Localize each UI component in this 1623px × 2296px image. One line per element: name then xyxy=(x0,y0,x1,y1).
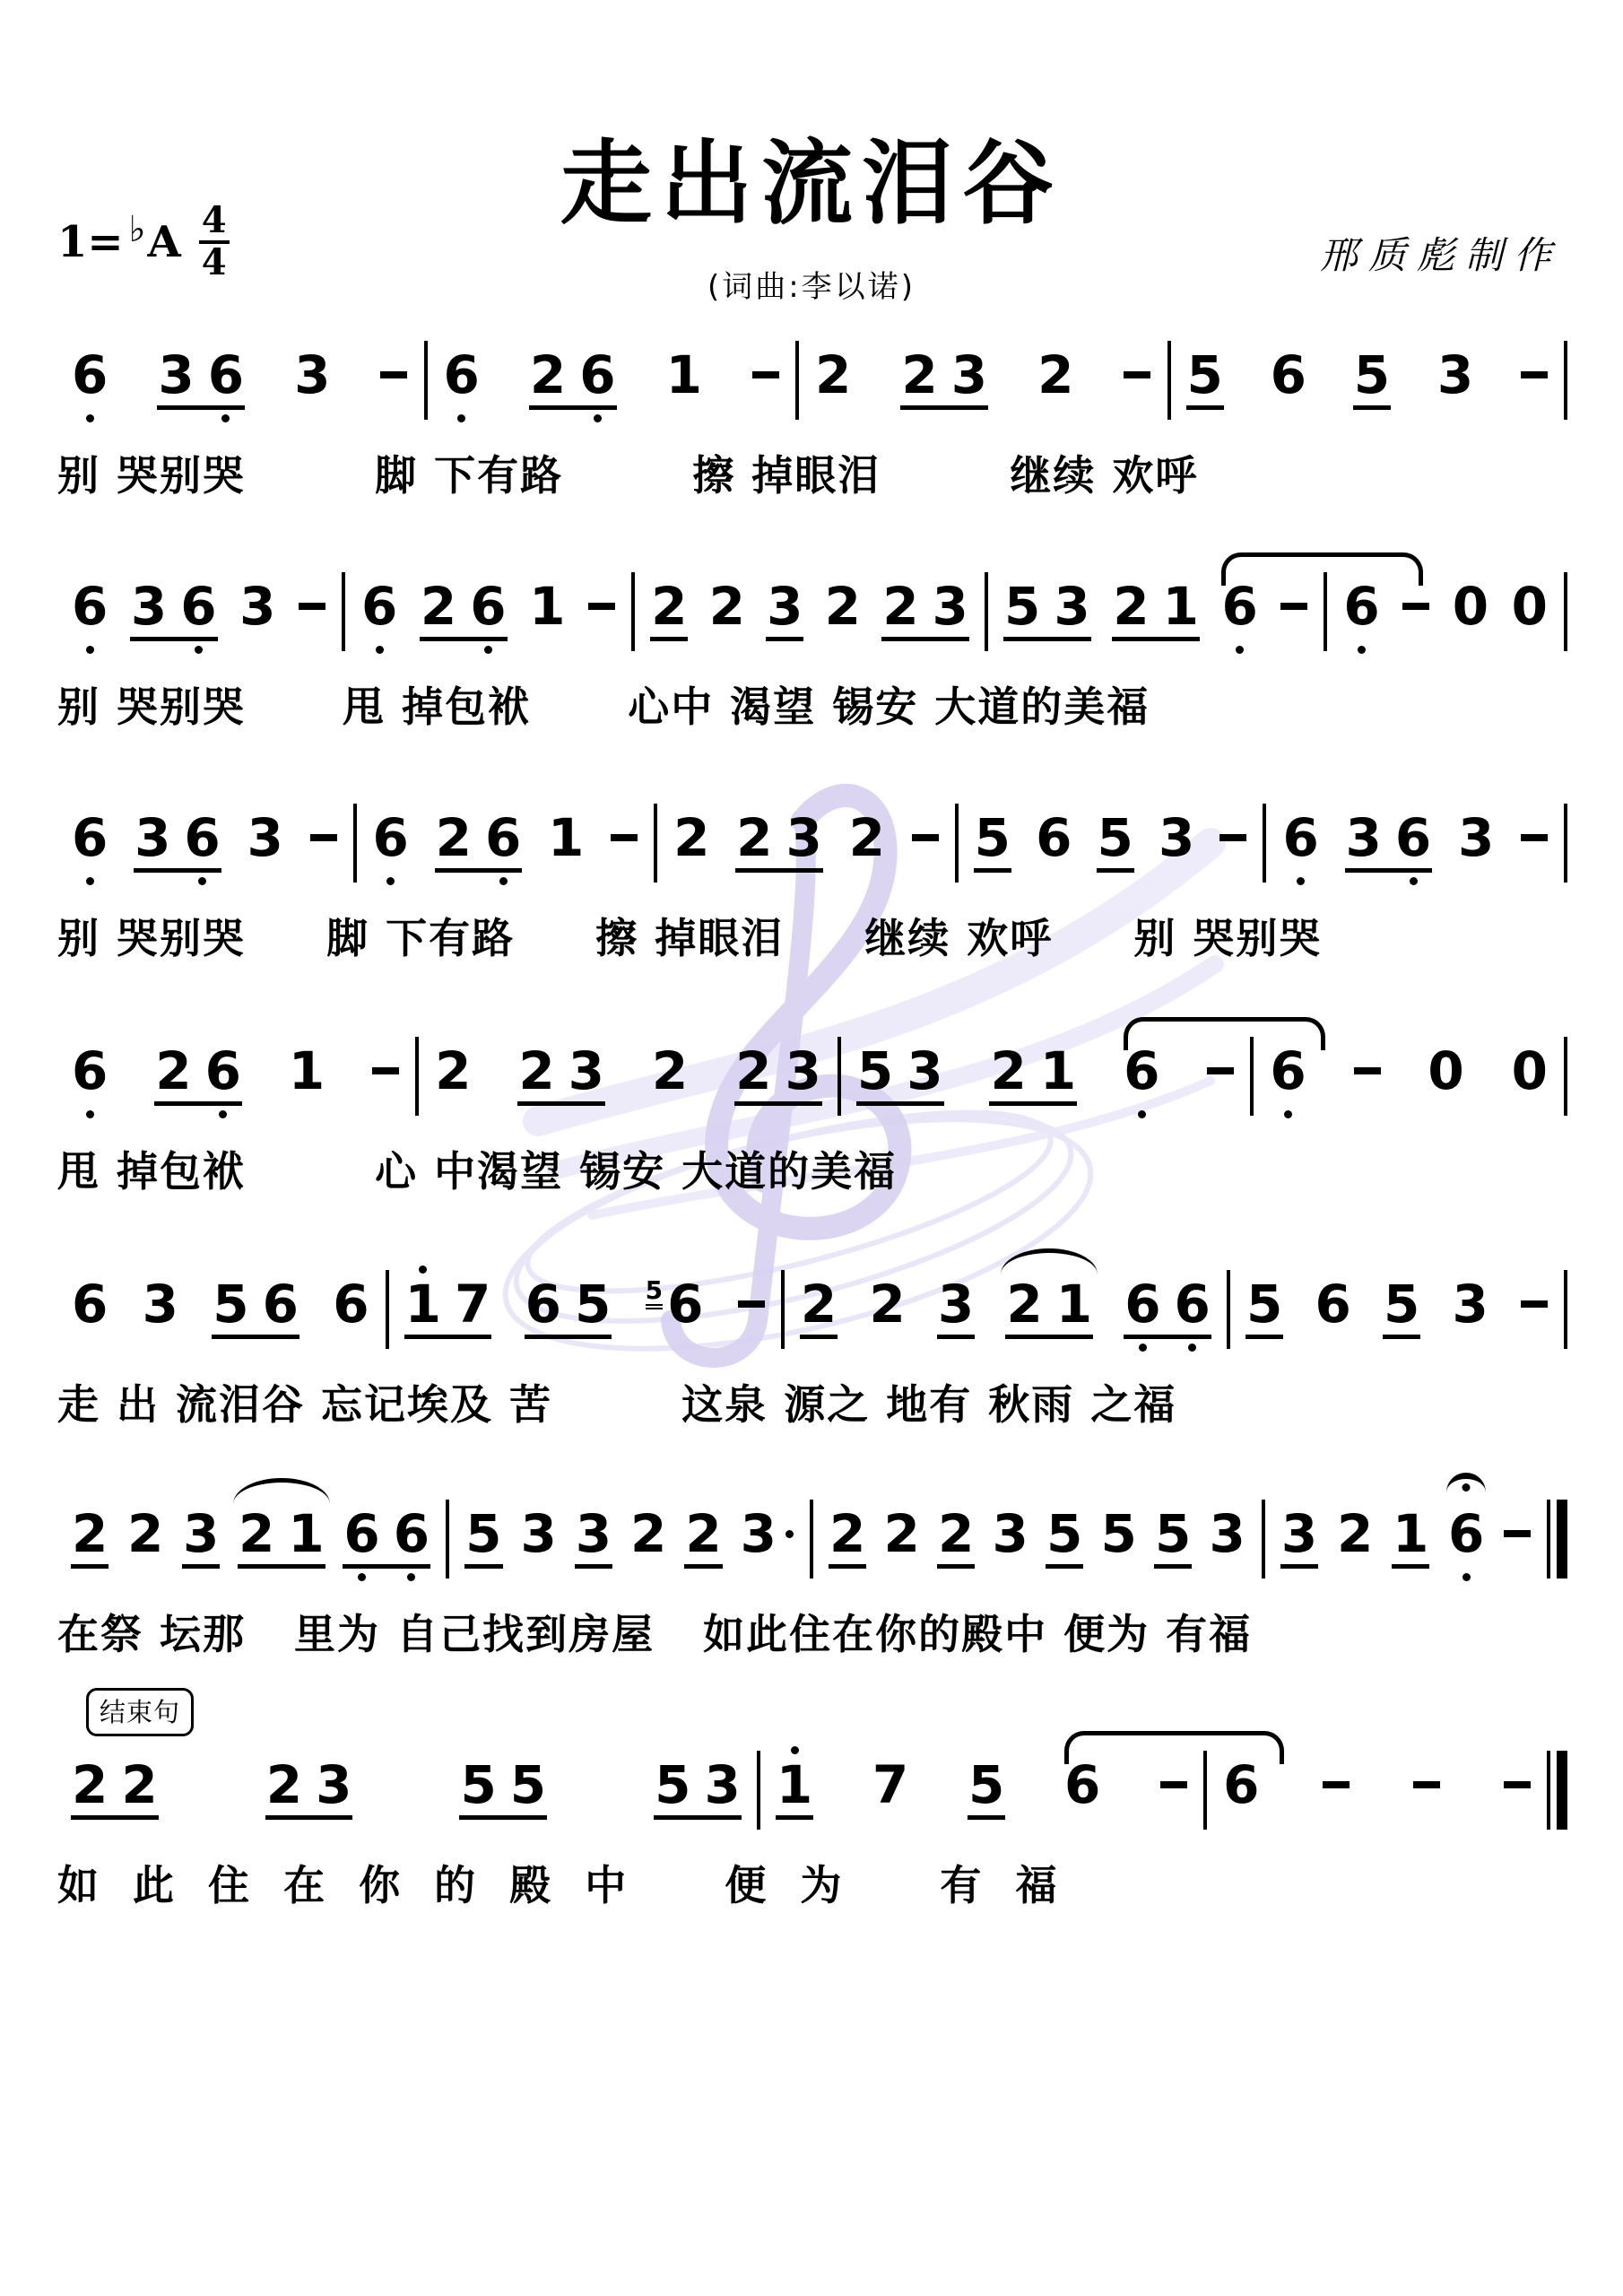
note-group: 26 xyxy=(419,565,508,657)
duration-dash xyxy=(1280,603,1307,610)
note-digit: 5 xyxy=(465,1503,501,1564)
note-group: 2 xyxy=(828,1492,867,1584)
note-digit-row: 2 xyxy=(849,810,885,865)
note xyxy=(380,334,407,425)
note-group: 3 xyxy=(141,1263,180,1354)
note-digit: 3 xyxy=(1210,1503,1245,1564)
note-digit: 3 xyxy=(785,1040,821,1101)
note-digit-row: 3 xyxy=(951,347,987,403)
note-group: 3 xyxy=(991,1492,1030,1584)
note-group: 3 xyxy=(765,565,804,657)
note: 3 xyxy=(135,796,170,888)
note: 5 xyxy=(1187,334,1223,425)
note-digit: 3 xyxy=(294,344,330,405)
note-digit-row: 3 xyxy=(520,1506,556,1561)
note-group: 3 xyxy=(1436,334,1475,425)
note-group: 5 xyxy=(1245,1263,1284,1354)
score-line: 6363626122325653别 哭别哭 脚 下有路 擦 掉眼泪 继续 欢呼 xyxy=(56,334,1567,425)
note-digit: 2 xyxy=(709,576,745,637)
measure: 6261 xyxy=(428,334,796,425)
note-digit: 5 xyxy=(655,1754,690,1815)
note-group: 1 xyxy=(527,565,567,657)
note xyxy=(588,565,615,657)
lyrics-line: 别 哭别哭 脚 下有路 擦 掉眼泪 继续 欢呼 别 哭别哭 xyxy=(57,906,1322,965)
note-digit-row xyxy=(1323,1757,1350,1813)
measure: 2232166 xyxy=(56,1492,446,1584)
octave-dot xyxy=(407,1573,415,1581)
note-digit-row: 6 xyxy=(1221,578,1257,634)
note: 3 xyxy=(247,796,282,888)
note-digit: 5 xyxy=(1155,1503,1191,1564)
note: 3 xyxy=(316,1744,352,1835)
note-digit-row: 2 xyxy=(1006,1276,1042,1332)
note-group: 2 xyxy=(799,1263,838,1354)
note-digit-row: 5 xyxy=(465,1506,501,1561)
note: 3 xyxy=(239,565,275,657)
measure: 5653 xyxy=(1230,1263,1564,1354)
note-digit-row: 2 xyxy=(901,347,937,403)
duration-dash xyxy=(1124,371,1150,378)
note-digit-row: 2 xyxy=(436,810,472,865)
note-digit: 6 xyxy=(470,576,506,637)
measure: 53216 xyxy=(988,565,1324,657)
note-digit: 6 xyxy=(444,344,480,405)
note-digit-row xyxy=(912,810,939,865)
note-group: 2 xyxy=(433,1030,473,1121)
note-digit: 2 xyxy=(121,1754,157,1815)
note-digit-row: 2 xyxy=(72,1506,108,1561)
low-octave-slot xyxy=(1462,1570,1471,1584)
note-digit-row: 0 xyxy=(1453,578,1488,634)
note-digit-row: 2 xyxy=(869,1276,905,1332)
note: 2 xyxy=(72,1492,108,1584)
note-group: 26 xyxy=(528,334,618,425)
note-group xyxy=(1502,1744,1532,1835)
low-octave-slot xyxy=(1297,874,1305,888)
duration-dash xyxy=(912,834,939,841)
note-digit: 6 xyxy=(72,576,108,637)
note-digit-row: 2 xyxy=(121,1757,157,1813)
note: 2 xyxy=(239,1492,274,1584)
note-digit-row: 3 xyxy=(786,810,822,865)
note-digit: 1 xyxy=(288,1503,324,1564)
note-group: 1 xyxy=(1391,1492,1430,1584)
measure: 1756 xyxy=(760,1744,1203,1835)
note-digit-row: 6 xyxy=(394,1506,430,1561)
note-digit: 3 xyxy=(993,1503,1028,1564)
note-digit: 2 xyxy=(801,1274,837,1335)
note: 3 xyxy=(1054,565,1089,657)
note-group: 1 xyxy=(546,796,586,888)
octave-dot xyxy=(1410,877,1418,885)
note: 3 xyxy=(1346,796,1382,888)
note-digit: 5 xyxy=(575,1274,611,1335)
note-digit-row: 2 xyxy=(421,578,456,634)
note-group: 0 xyxy=(1510,1030,1549,1121)
note-digit-row: 6 xyxy=(1124,1276,1160,1332)
note-group: 6 xyxy=(1034,796,1073,888)
note: 5 xyxy=(1354,334,1390,425)
score-line: 2223555317566如 此 住 在 你 的 殿 中 便 为 有 福 xyxy=(56,1744,1567,1835)
note-digit: 2 xyxy=(869,1274,905,1335)
note: 7 xyxy=(872,1744,908,1835)
octave-dot xyxy=(1462,1573,1471,1581)
note: 2 xyxy=(801,1263,837,1354)
note-digit: 5 xyxy=(975,807,1011,868)
note-digit-row: 6 xyxy=(1271,347,1306,403)
note xyxy=(1219,796,1246,888)
note-digit: 5 xyxy=(213,1274,248,1335)
low-octave-slot xyxy=(195,643,203,657)
note-digit-row: 6 xyxy=(1343,578,1379,634)
augmentation-dot xyxy=(785,1530,794,1538)
note-digit: 6 xyxy=(667,1274,703,1335)
bar-line xyxy=(1564,1270,1567,1349)
note: 3 xyxy=(767,565,803,657)
note-group: 0 xyxy=(1426,1030,1465,1121)
note-digit-row: 6 xyxy=(1315,1276,1350,1332)
octave-dot xyxy=(195,646,203,654)
octave-dot xyxy=(219,1110,227,1118)
note-digit-row: 1 xyxy=(1393,1506,1428,1561)
note: 2 xyxy=(735,1030,771,1121)
note-digit: 3 xyxy=(568,1040,604,1101)
note: 2 xyxy=(882,565,918,657)
note: 6 xyxy=(208,334,244,425)
note-digit: 1 xyxy=(529,576,565,637)
note: 2 xyxy=(1006,1263,1042,1354)
note-group: 5 xyxy=(1382,1263,1421,1354)
note-digit-row xyxy=(1219,810,1246,865)
note: 2 xyxy=(421,565,456,657)
measure: 22235553 xyxy=(813,1492,1262,1584)
note-digit: 6 xyxy=(1448,1503,1484,1564)
note-digit: 2 xyxy=(421,576,456,637)
note-digit-row xyxy=(1160,1757,1187,1813)
note-group: 21 xyxy=(1111,565,1201,657)
note-digit: 3 xyxy=(183,1503,219,1564)
note: 2 xyxy=(990,1030,1026,1121)
duration-dash xyxy=(1219,834,1246,841)
note-digit-row: 6 xyxy=(180,578,216,634)
low-octave-slot xyxy=(457,412,465,425)
note: 3 xyxy=(993,1492,1028,1584)
note-group: 3 xyxy=(936,1263,976,1354)
note-group: 53 xyxy=(1002,565,1092,657)
duration-dash xyxy=(380,371,407,378)
note-group: 3 xyxy=(574,1492,613,1584)
low-octave-slot xyxy=(499,874,508,888)
note-digit-row: 2 xyxy=(652,1043,688,1099)
note-group xyxy=(1502,1492,1532,1584)
note-group: 6 xyxy=(1269,334,1308,425)
note-group: 3 xyxy=(518,1492,558,1584)
note: 6 xyxy=(180,565,216,657)
note: 3 xyxy=(1210,1492,1245,1584)
note-digit: 5 xyxy=(510,1754,546,1815)
note-digit-row: 3 xyxy=(1452,1276,1488,1332)
note: 6 xyxy=(1175,1263,1211,1354)
note-group: 2 xyxy=(70,1492,109,1584)
note-group: 3 xyxy=(1208,1492,1247,1584)
note-digit-row: 2 xyxy=(1037,347,1073,403)
note: 3 xyxy=(158,334,194,425)
note-digit-row xyxy=(1124,347,1150,403)
key-prefix: 1= xyxy=(57,217,124,267)
note-digit-row xyxy=(611,810,638,865)
note-digit-row: 6 xyxy=(263,1276,299,1332)
octave-dot xyxy=(499,877,508,885)
note: 6 xyxy=(72,1263,108,1354)
duration-dash xyxy=(1402,603,1429,610)
notes-row: 63636261223256536363 xyxy=(56,796,1567,888)
note: 3 xyxy=(520,1492,556,1584)
octave-dot xyxy=(198,877,206,885)
note-group: 3 xyxy=(739,1492,795,1584)
note-digit-row: 6 xyxy=(1124,1043,1159,1099)
note-digit: 3 xyxy=(741,1503,777,1564)
note-digit-row xyxy=(1402,578,1429,634)
note: 2 xyxy=(1337,1492,1373,1584)
note-digit-row: 3 xyxy=(1210,1506,1245,1561)
note-digit-row: 7 xyxy=(872,1757,908,1813)
note: 5 xyxy=(1384,1263,1419,1354)
note-digit-row: 2 xyxy=(127,1506,163,1561)
note: 2 xyxy=(72,1744,108,1835)
note: 6 xyxy=(470,565,506,657)
notes-row: 6356617655622321665653 xyxy=(56,1263,1567,1354)
notes-row: 2223555317566 xyxy=(56,1744,1567,1835)
note: 5 xyxy=(857,1030,893,1121)
note: 2 xyxy=(825,565,861,657)
measure: 22235553 xyxy=(56,1744,757,1835)
note: 2 xyxy=(709,565,745,657)
note-digit-row: 2 xyxy=(685,1506,721,1561)
note-digit: 3 xyxy=(1054,576,1089,637)
note-digit-row: 1 xyxy=(777,1757,812,1813)
octave-dot xyxy=(594,414,602,422)
note-digit: 2 xyxy=(630,1503,666,1564)
note-group xyxy=(1519,334,1549,425)
lyrics-line: 别 哭别哭 脚 下有路 擦 掉眼泪 继续 欢呼 xyxy=(57,443,1198,502)
note-digit: 6 xyxy=(208,344,244,405)
low-octave-slot xyxy=(86,874,94,888)
note-digit: 2 xyxy=(435,1040,471,1101)
note-digit: 2 xyxy=(72,1754,108,1815)
note-digit-row: 6 xyxy=(343,1506,379,1561)
note-digit: 3 xyxy=(786,807,822,868)
note: 2 xyxy=(869,1263,905,1354)
note: 6 xyxy=(1448,1492,1484,1584)
note-digit: 2 xyxy=(882,576,918,637)
measure: 6363 xyxy=(1266,796,1564,888)
note-digit: 1 xyxy=(1163,576,1199,637)
note-digit-row: 2 xyxy=(709,578,745,634)
note-digit: 5 xyxy=(1101,1503,1137,1564)
note: 2 xyxy=(829,1492,865,1584)
duration-dash xyxy=(1160,1781,1187,1788)
note-group: 36 xyxy=(129,565,219,657)
note-digit-row: 2 xyxy=(530,347,566,403)
low-octave-slot xyxy=(86,412,94,425)
note-digit-row: 5 xyxy=(1098,810,1133,865)
low-octave-slot xyxy=(221,412,230,425)
measure: 533223 xyxy=(449,1492,810,1584)
note: 3 xyxy=(1159,796,1194,888)
note-group: 23 xyxy=(733,1030,823,1121)
note-digit: 3 xyxy=(158,344,194,405)
note-group: 53 xyxy=(855,1030,945,1121)
note-digit: 3 xyxy=(135,807,170,868)
tie-arc xyxy=(1064,1731,1284,1764)
note-digit: 3 xyxy=(705,1754,741,1815)
note-group: 36 xyxy=(1344,796,1434,888)
note-digit: 2 xyxy=(685,1503,721,1564)
note-digit-row: 3 xyxy=(239,578,275,634)
note: 1 xyxy=(1393,1492,1428,1584)
note-group: 2 xyxy=(126,1492,165,1584)
note: 2 xyxy=(121,1744,157,1835)
note-digit: 5 xyxy=(1046,1503,1082,1564)
note-digit-row: 1 xyxy=(1056,1276,1092,1332)
note: 56 xyxy=(646,1263,704,1354)
note-group: 1 xyxy=(287,1030,326,1121)
note: 6 xyxy=(205,1030,241,1121)
score-line: 626122322353216600甩 掉包袱 心 中渴望 锡安 大道的美福 xyxy=(56,1030,1567,1121)
note-group: 3 xyxy=(1280,1492,1319,1584)
note-digit: 7 xyxy=(455,1274,490,1335)
measure: 176556 xyxy=(389,1263,781,1354)
notes-row: 2232166533223222355533216 xyxy=(56,1492,1567,1584)
note: 3 xyxy=(705,1744,741,1835)
note-digit-row xyxy=(1504,1506,1531,1561)
note-group: 5 xyxy=(1185,334,1225,425)
note-digit-row: 1 xyxy=(405,1276,441,1332)
note: 2 xyxy=(266,1744,302,1835)
note: 5 xyxy=(1046,1492,1082,1584)
note-group: 2 xyxy=(847,796,887,888)
note-group: 5 xyxy=(1153,1492,1193,1584)
note-digit-row: 3 xyxy=(316,1757,352,1813)
note: 7 xyxy=(455,1263,490,1354)
grace-note: 5 xyxy=(646,1278,663,1309)
note-digit: 5 xyxy=(1098,807,1133,868)
note-digit-row: 6 xyxy=(1395,810,1431,865)
octave-dot xyxy=(221,414,230,422)
note-digit: 5 xyxy=(1187,344,1223,405)
note-digit: 6 xyxy=(1282,807,1318,868)
note-group: 3 xyxy=(245,796,284,888)
note-digit: 5 xyxy=(1246,1274,1282,1335)
note-digit: 6 xyxy=(1124,1274,1160,1335)
note-digit-row: 3 xyxy=(993,1506,1028,1561)
octave-dot xyxy=(86,877,94,885)
measure: 6363 xyxy=(56,334,424,425)
note: 6 xyxy=(1064,1744,1100,1835)
note: 2 xyxy=(1037,334,1073,425)
note-group xyxy=(370,1030,401,1121)
octave-dot xyxy=(1139,1344,1147,1352)
note-digit: 6 xyxy=(333,1274,369,1335)
note-digit-row: 2 xyxy=(735,1043,771,1099)
time-signature-top: 4 xyxy=(199,203,230,244)
measure: 223223 xyxy=(419,1030,838,1121)
note: 2 xyxy=(630,1492,666,1584)
duration-dash xyxy=(310,834,337,841)
note-group xyxy=(297,565,327,657)
note-digit-row: 2 xyxy=(435,1043,471,1099)
note-digit-row: 2 xyxy=(651,578,687,634)
note-digit-row: 6 xyxy=(184,810,220,865)
note: 3 xyxy=(785,1030,821,1121)
note: 6 xyxy=(72,334,108,425)
note: 2 xyxy=(518,1030,554,1121)
note-digit: 2 xyxy=(673,807,709,868)
note-group: 66 xyxy=(342,1492,431,1584)
note-digit-row: 3 xyxy=(1346,810,1382,865)
note-digit-row: 2 xyxy=(825,578,861,634)
note-digit: 2 xyxy=(436,807,472,868)
note-group: 6 xyxy=(371,796,411,888)
note: 3 xyxy=(183,1492,219,1584)
bar-line xyxy=(1564,804,1567,883)
note: 6 xyxy=(184,796,220,888)
note: 6 xyxy=(361,565,397,657)
note-digit-row: 2 xyxy=(673,810,709,865)
note-group xyxy=(609,796,639,888)
note-group: 23 xyxy=(516,1030,606,1121)
measure: 6261 xyxy=(345,565,631,657)
note-digit: 6 xyxy=(1271,344,1306,405)
note-digit: 2 xyxy=(127,1503,163,1564)
note-digit-row: 6 xyxy=(1448,1506,1484,1561)
note-digit-row: 2 xyxy=(1337,1506,1373,1561)
note-digit-row: 6 xyxy=(1282,810,1318,865)
sheet-music-page: 走出流泪谷 1=♭A 4 4 (词曲:李以诺) 邢质彪制作 结束句 636362… xyxy=(0,0,1623,2296)
note: 1 xyxy=(1056,1263,1092,1354)
duration-dash xyxy=(1521,834,1548,841)
note: 6 xyxy=(373,796,409,888)
note-digit: 6 xyxy=(1395,807,1431,868)
note-digit: 3 xyxy=(316,1754,352,1815)
note-digit-row: 6 xyxy=(1175,1276,1211,1332)
note: 6 xyxy=(72,565,108,657)
note-digit: 6 xyxy=(205,1040,241,1101)
note-digit-row: 3 xyxy=(568,1043,604,1099)
note-digit: 1 xyxy=(548,807,584,868)
note-group: 17 xyxy=(404,1263,493,1354)
note-digit-row: 6 xyxy=(579,347,615,403)
duration-dash xyxy=(1504,1781,1531,1788)
note-group: 3 xyxy=(292,334,332,425)
note-group: 2 xyxy=(649,565,689,657)
note-group: 55 xyxy=(458,1744,548,1835)
note-digit-row: 5 xyxy=(857,1043,893,1099)
note xyxy=(611,796,638,888)
note: 6 xyxy=(1124,1030,1159,1121)
fermata-dot xyxy=(1462,1483,1471,1492)
note xyxy=(1413,1744,1440,1835)
note-digit-row: 5 xyxy=(1187,347,1223,403)
note-group: 6 xyxy=(70,1030,109,1121)
notes-row: 6363626122322353216600 xyxy=(56,565,1567,657)
octave-dot xyxy=(1138,1110,1146,1118)
note: 3 xyxy=(131,565,167,657)
note-group: 2 xyxy=(867,1263,907,1354)
note-digit: 1 xyxy=(1393,1503,1428,1564)
note-digit: 3 xyxy=(1159,807,1194,868)
note-digit: 2 xyxy=(901,344,937,405)
